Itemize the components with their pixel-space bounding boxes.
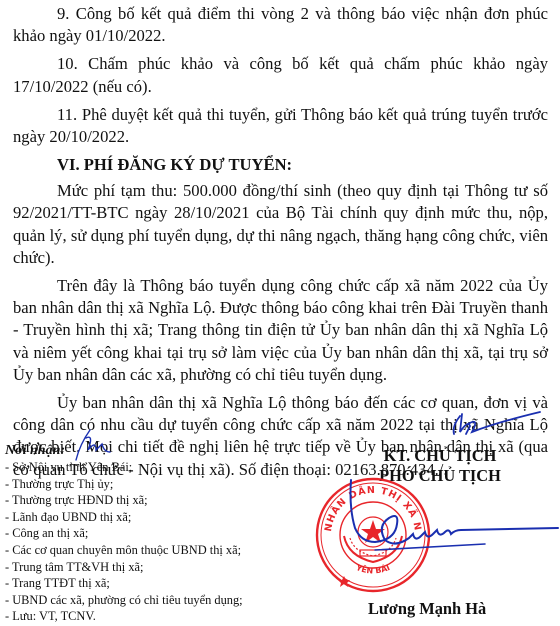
recipients-title: Nơi nhận: [5, 442, 305, 459]
recipient-item: - Lưu: VT, TCNV. [5, 608, 305, 625]
schedule-item-9: 9. Công bố kết quả điểm thi vòng 2 và th… [13, 3, 548, 47]
recipients-block: Nơi nhận: - Sở Nội vụ tỉnh Yên Bái; - Th… [5, 442, 305, 625]
recipient-item: - UBND các xã, phường có chỉ tiêu tuyển … [5, 592, 305, 609]
initials-signature-icon [448, 408, 548, 438]
recipient-item: - Thường trực Thị ủy; [5, 476, 305, 493]
section-heading-fee: VI. PHÍ ĐĂNG KÝ DỰ TUYỂN: [13, 154, 548, 176]
publicity-paragraph: Trên đây là Thông báo tuyển dụng công ch… [13, 275, 548, 386]
schedule-item-10: 10. Chấm phúc khảo và công bố kết quả ch… [13, 53, 548, 97]
signature-title-1: KT. CHỦ TỊCH [330, 446, 550, 466]
recipient-item: - Sở Nội vụ tỉnh Yên Bái; [5, 459, 305, 476]
signer-name: Lương Mạnh Hà [368, 599, 486, 619]
recipient-item: - Các cơ quan chuyên môn thuộc UBND thị … [5, 542, 305, 559]
fee-paragraph: Mức phí tạm thu: 500.000 đồng/thí sinh (… [13, 180, 548, 269]
recipient-item: - Thường trực HĐND thị xã; [5, 492, 305, 509]
recipient-item: - Trung tâm TT&VH thị xã; [5, 559, 305, 576]
recipient-item: - Trang TTĐT thị xã; [5, 575, 305, 592]
recipient-item: - Công an thị xã; [5, 525, 305, 542]
recipient-item: - Lãnh đạo UBND thị xã; [5, 509, 305, 526]
schedule-item-11: 11. Phê duyệt kết quả thi tuyển, gửi Thô… [13, 104, 548, 148]
handwritten-signature-icon [345, 478, 560, 568]
